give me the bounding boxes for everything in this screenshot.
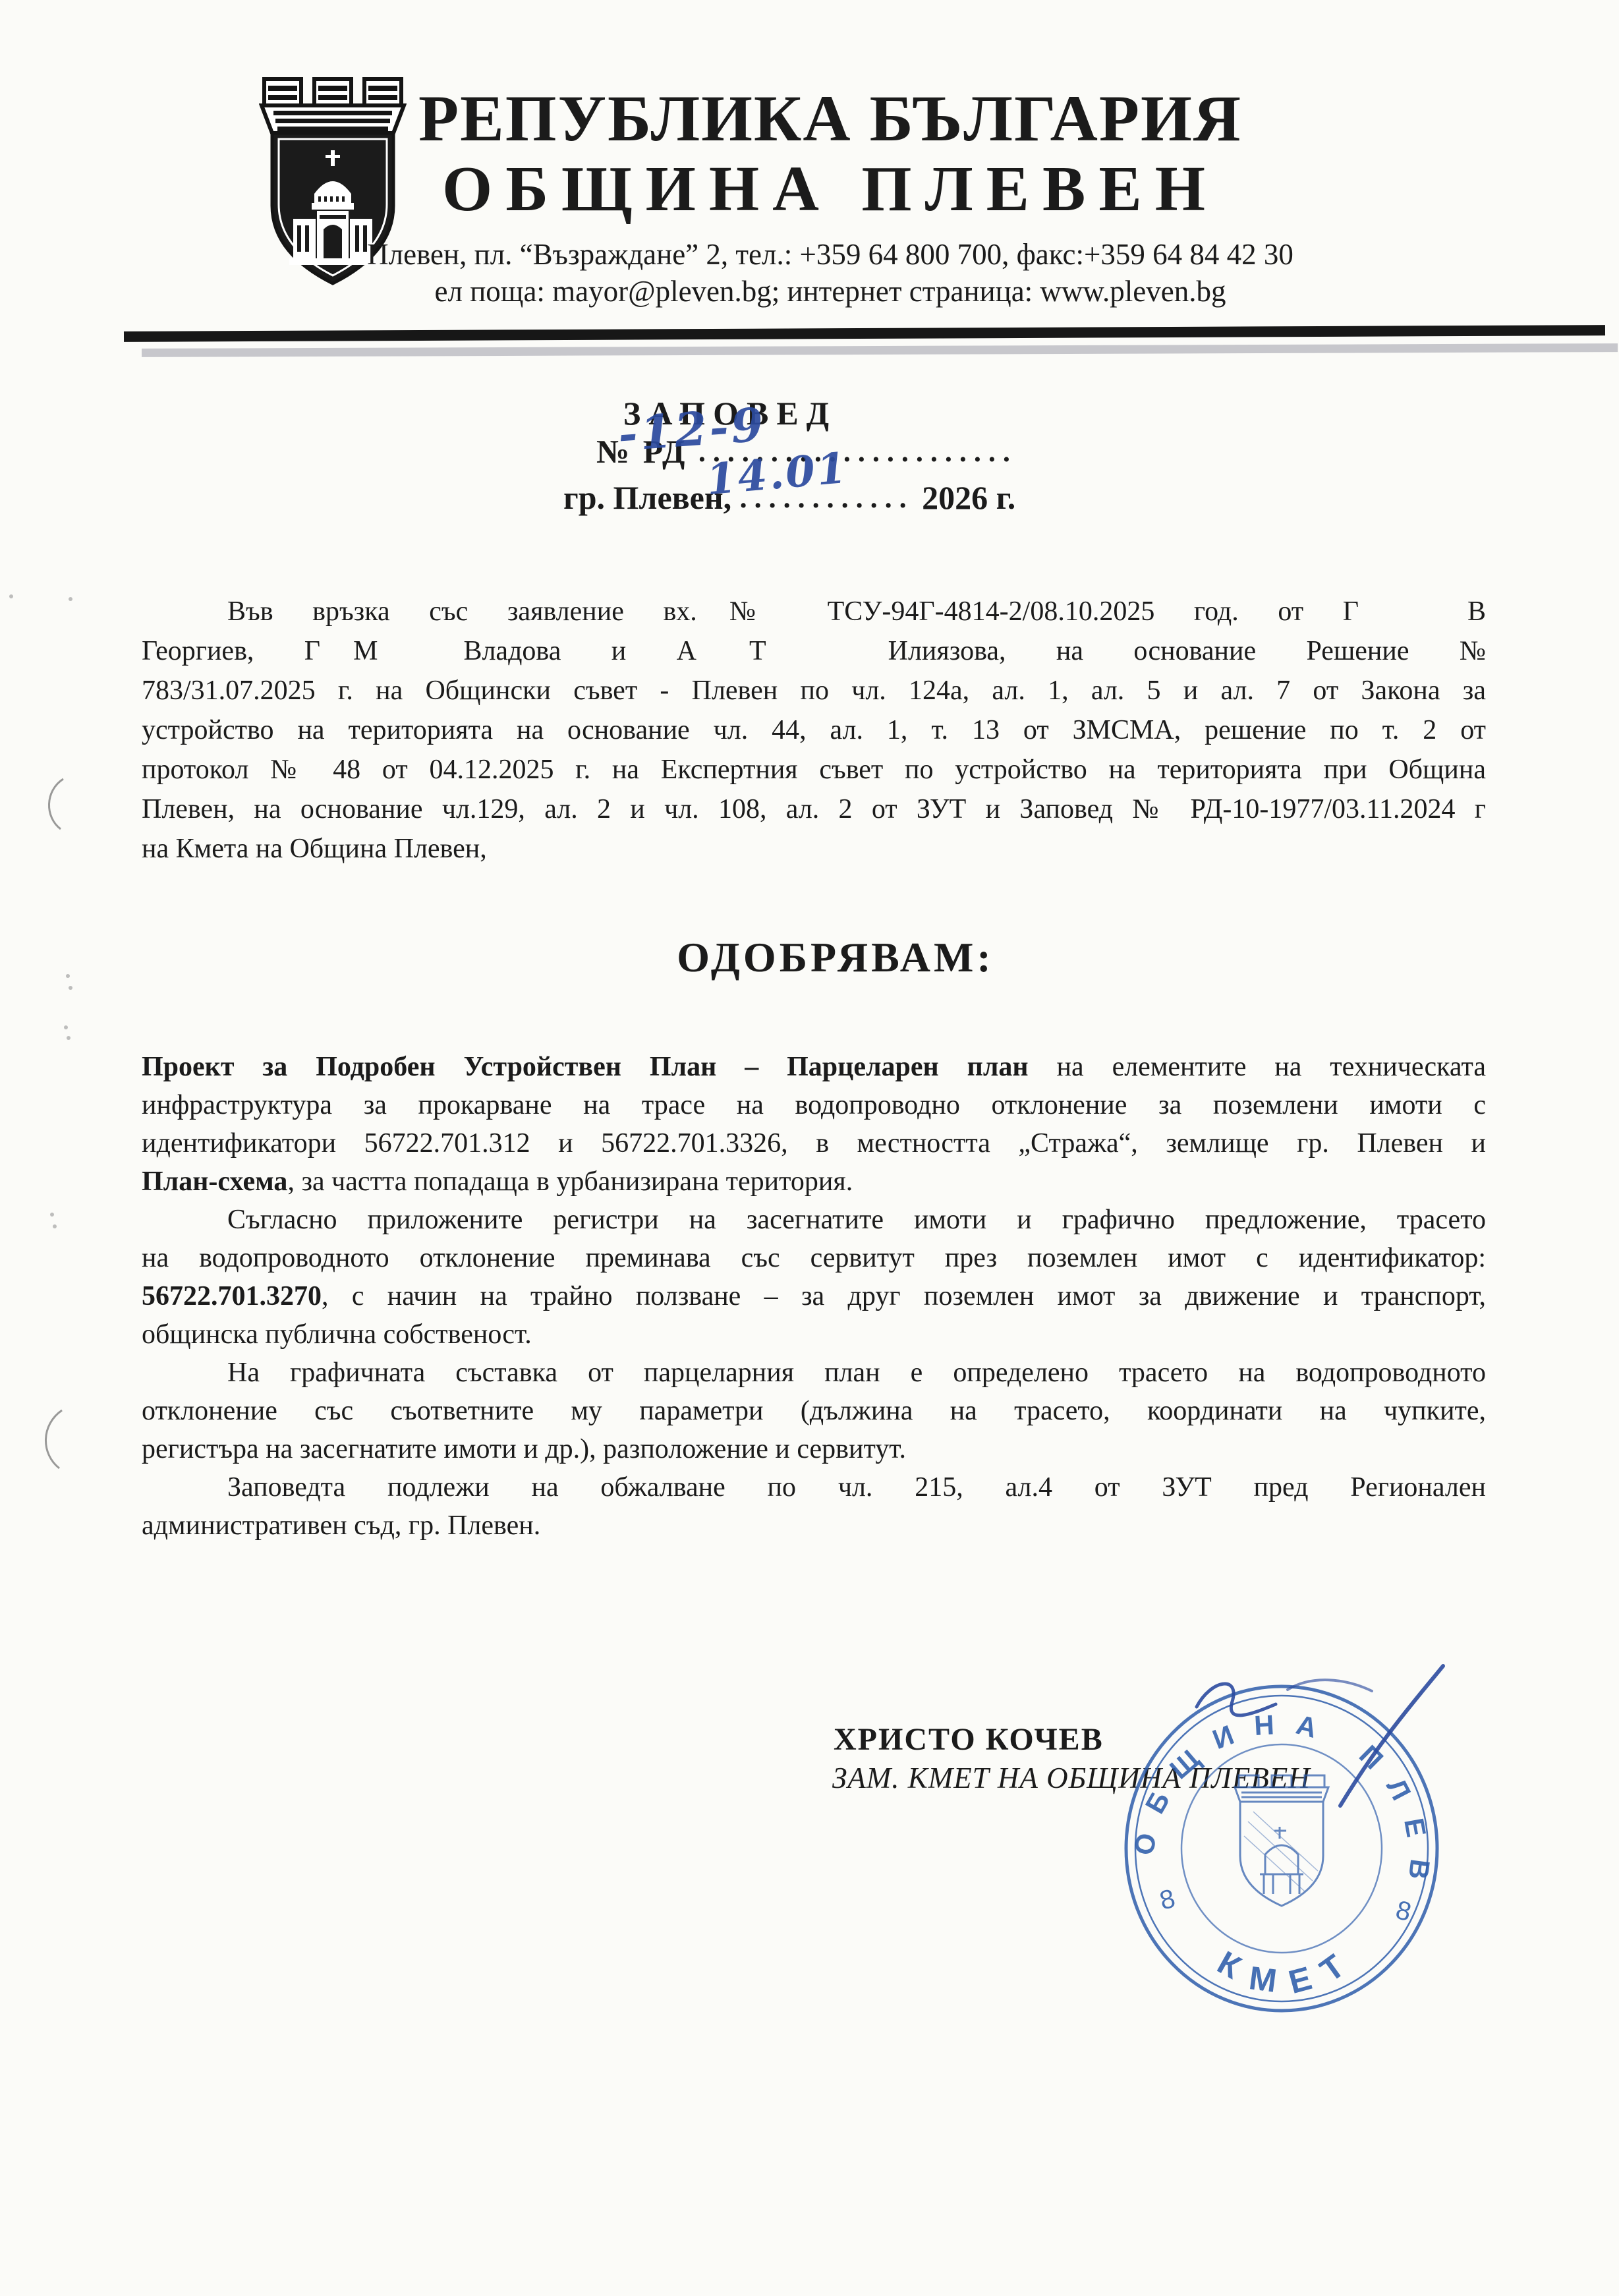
paragraph: Съгласно приложените регистри на засегна…	[142, 1201, 1486, 1354]
main-paragraphs: Проект за Подробен Устройствен План – Па…	[142, 1048, 1486, 1545]
text-segment: На графичната съставка от парцеларния пл…	[227, 1358, 1486, 1388]
redacted-gap	[1359, 619, 1467, 620]
paragraph-line: Проект за Подробен Устройствен План – Па…	[142, 1048, 1486, 1086]
header-rule	[124, 325, 1605, 342]
republic-title: РЕПУБЛИКА БЪЛГАРИЯ	[303, 84, 1357, 153]
text-segment: протокол № 48 от 04.12.2025 г. на Експер…	[142, 755, 1486, 785]
text-segment: Плевен, на основание чл.129, ал. 2 и чл.…	[142, 794, 1486, 824]
paragraph-line: протокол № 48 от 04.12.2025 г. на Експер…	[142, 750, 1486, 789]
paragraph: Във връзка със заявление вх.№ ТСУ-94Г-48…	[142, 592, 1486, 869]
municipality-title: ОБЩИНА ПЛЕВЕН	[303, 153, 1357, 225]
text-segment: Заповедта подлежи на обжалване по чл. 21…	[227, 1472, 1486, 1503]
text-segment: Съгласно приложените регистри на засегна…	[227, 1205, 1486, 1235]
letterhead: РЕПУБЛИКА БЪЛГАРИЯ ОБЩИНА ПЛЕВЕН Плевен,…	[303, 84, 1357, 310]
redacted-gap	[766, 659, 888, 660]
scan-speck	[64, 1025, 68, 1029]
text-segment: Илиязова, на основание Решение №	[888, 636, 1486, 666]
text-segment: устройство на територията на основание ч…	[142, 715, 1486, 745]
paragraph-line: Заповедта подлежи на обжалване по чл. 21…	[142, 1468, 1486, 1507]
address-line: Плевен, пл. “Възраждане” 2, тел.: +359 6…	[303, 236, 1357, 273]
paragraph-line: общинска публична собственост.	[142, 1315, 1486, 1354]
paragraph-line: регистъра на засегнатите имоти и др.), р…	[142, 1430, 1486, 1468]
header-rule-shadow	[142, 343, 1618, 357]
paragraph-line: Във връзка със заявление вх.№ ТСУ-94Г-48…	[142, 592, 1486, 631]
contact-line: ел поща: mayor@pleven.bg; интернет стран…	[303, 273, 1357, 310]
redacted-gap	[378, 659, 463, 660]
scan-speck	[9, 594, 13, 598]
text-segment: В	[1467, 596, 1486, 627]
scan-speck	[69, 597, 72, 601]
paragraph-line: Съгласно приложените регистри на засегна…	[142, 1201, 1486, 1239]
text-segment: на Кмета на Община Плевен,	[142, 834, 487, 864]
text-segment: Във връзка със заявление вх.№ ТСУ-94Г-48…	[227, 596, 1359, 627]
paragraph: Проект за Подробен Устройствен План – Па…	[142, 1048, 1486, 1201]
text-segment: регистъра на засегнатите имоти и др.), р…	[142, 1434, 906, 1464]
text-segment: Проект за Подробен Устройствен План – Па…	[142, 1052, 1029, 1082]
scan-mark-paren-1	[40, 776, 69, 832]
redacted-gap	[696, 659, 749, 660]
scan-speck	[50, 1213, 54, 1217]
paragraph-line: на Кмета на Община Плевен,	[142, 829, 1486, 869]
text-segment: инфраструктура за прокарване на трасе на…	[142, 1090, 1486, 1120]
scan-speck	[66, 974, 70, 978]
text-segment: идентификатори 56722.701.312 и 56722.701…	[142, 1128, 1486, 1159]
text-segment: на елементите на техническата	[1029, 1052, 1486, 1082]
text-segment: Георгиев, Г	[142, 636, 320, 666]
paragraph: На графичната съставка от парцеларния пл…	[142, 1354, 1486, 1468]
text-segment: административен съд, гр. Плевен.	[142, 1510, 540, 1541]
stamp-left-mark: 8	[1157, 1884, 1178, 1916]
paragraph-line: инфраструктура за прокарване на трасе на…	[142, 1086, 1486, 1124]
paragraph-line: 56722.701.3270, с начин на трайно ползва…	[142, 1277, 1486, 1315]
scan-speck	[53, 1224, 57, 1228]
paragraph: Заповедта подлежи на обжалване по чл. 21…	[142, 1468, 1486, 1545]
text-segment: Владова и А	[463, 636, 696, 666]
paragraph-line: на водопроводното отклонение преминава с…	[142, 1239, 1486, 1277]
text-segment: 56722.701.3270	[142, 1281, 322, 1311]
text-segment: на водопроводното отклонение преминава с…	[142, 1243, 1486, 1273]
paragraph-line: устройство на територията на основание ч…	[142, 710, 1486, 750]
intro-paragraphs: Във връзка със заявление вх.№ ТСУ-94Г-48…	[142, 592, 1486, 869]
signatory-name: ХРИСТО КОЧЕВ	[834, 1721, 1104, 1758]
text-segment: Т	[749, 636, 766, 666]
paragraph-line: административен съд, гр. Плевен.	[142, 1507, 1486, 1545]
stamp-right-mark: 8	[1393, 1895, 1414, 1927]
paragraph-line: 783/31.07.2025 г. на Общински съвет - Пл…	[142, 671, 1486, 710]
text-segment: отклонение със съответните му параметри …	[142, 1396, 1486, 1426]
paragraph-line: Плевен, на основание чл.129, ал. 2 и чл.…	[142, 789, 1486, 829]
approve-heading: ОДОБРЯВАМ:	[677, 933, 994, 982]
svg-text:ОБЩИНА ПЛЕВЕН: ОБЩИНА ПЛЕВЕН	[1099, 1646, 1436, 1901]
redacted-gap	[320, 659, 353, 660]
paragraph-line: План-схема, за частта попадаща в урбаниз…	[142, 1162, 1486, 1201]
scan-speck	[69, 986, 72, 990]
paragraph-line: На графичната съставка от парцеларния пл…	[142, 1354, 1486, 1392]
stamp-ring-text: ОБЩИНА ПЛЕВЕН	[1099, 1646, 1436, 1901]
stamp-bottom-text: КМЕТ	[1212, 1937, 1365, 2001]
mayor-stamp: ОБЩИНА ПЛЕВЕН КМЕТ 8 8	[1099, 1646, 1468, 2035]
scan-speck	[67, 1036, 71, 1040]
text-segment: общинска публична собственост.	[142, 1319, 532, 1350]
text-segment: , с начин на трайно ползване – за друг п…	[322, 1281, 1486, 1311]
paragraph-line: отклонение със съответните му параметри …	[142, 1392, 1486, 1430]
document-page: РЕПУБЛИКА БЪЛГАРИЯ ОБЩИНА ПЛЕВЕН Плевен,…	[0, 0, 1619, 2296]
order-city-suffix: 2026 г.	[914, 479, 1016, 516]
paragraph-line: идентификатори 56722.701.312 и 56722.701…	[142, 1124, 1486, 1162]
paragraph-line: Георгиев, ГМВладова и АТИлиязова, на осн…	[142, 631, 1486, 671]
svg-text:КМЕТ: КМЕТ	[1212, 1937, 1365, 2001]
stamp-emblem	[1235, 1775, 1328, 1906]
text-segment: План-схема	[142, 1166, 287, 1197]
scan-mark-paren-2	[36, 1408, 67, 1471]
text-segment: 783/31.07.2025 г. на Общински съвет - Пл…	[142, 675, 1486, 706]
text-segment: М	[353, 636, 378, 666]
text-segment: , за частта попадаща в урбанизирана тери…	[287, 1166, 853, 1197]
